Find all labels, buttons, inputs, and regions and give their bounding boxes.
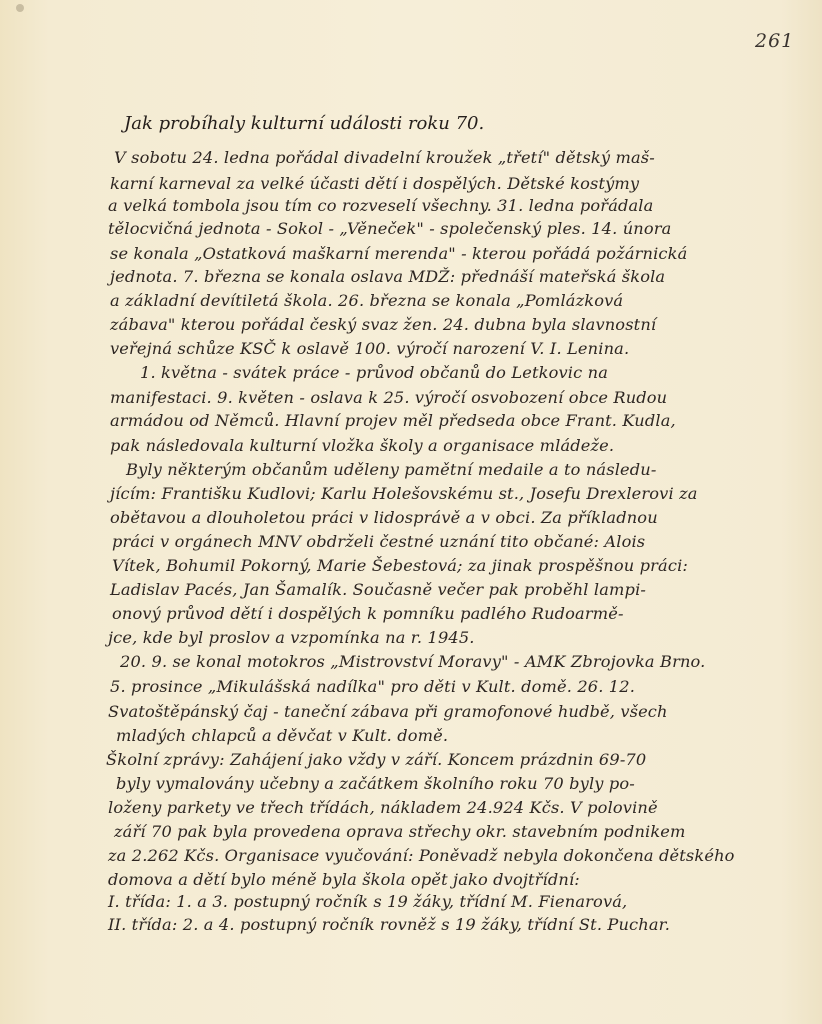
text-line: jednota. 7. března se konala oslava MDŽ:… bbox=[110, 267, 665, 286]
text-line: Školní zprávy: Zahájení jako vždy v září… bbox=[106, 750, 646, 769]
manuscript-page: 261 Jak probíhaly kulturní události roku… bbox=[0, 0, 822, 1024]
text-line: 20. 9. se konal motokros „Mistrovství Mo… bbox=[120, 652, 705, 671]
text-line: Svatoštěpánský čaj - taneční zábava při … bbox=[108, 702, 668, 721]
text-line: jícím: Františku Kudlovi; Karlu Holešovs… bbox=[110, 484, 698, 503]
text-line: V sobotu 24. ledna pořádal divadelní kro… bbox=[114, 148, 655, 167]
text-line: I. třída: 1. a 3. postupný ročník s 19 ž… bbox=[108, 892, 627, 911]
text-line: obětavou a dlouholetou práci v lidospráv… bbox=[110, 508, 658, 527]
text-line: karní karneval za velké účasti dětí i do… bbox=[110, 174, 639, 193]
text-line: manifestaci. 9. květen - oslava k 25. vý… bbox=[110, 388, 667, 407]
text-line: 5. prosince „Mikulášská nadílka" pro dět… bbox=[110, 677, 635, 696]
text-line: jce, kde byl proslov a vzpomínka na r. 1… bbox=[108, 628, 475, 647]
text-line: práci v orgánech MNV obdrželi čestné uzn… bbox=[112, 532, 645, 551]
text-line: Ladislav Pacés, Jan Šamalík. Současně ve… bbox=[110, 580, 646, 599]
text-line: Vítek, Bohumil Pokorný, Marie Šebestová;… bbox=[112, 556, 688, 575]
text-line: Byly některým občanům uděleny pamětní me… bbox=[126, 460, 656, 479]
text-line: se konala „Ostatková maškarní merenda" -… bbox=[110, 244, 687, 263]
text-line: zábava" kterou pořádal český svaz žen. 2… bbox=[110, 315, 656, 334]
text-line: a velká tombola jsou tím co rozveselí vš… bbox=[108, 196, 653, 215]
text-line: loženy parkety ve třech třídách, náklade… bbox=[108, 798, 658, 817]
text-line: tělocvičná jednota - Sokol - „Věneček" -… bbox=[108, 219, 671, 238]
text-line: mladých chlapců a děvčat v Kult. domě. bbox=[116, 726, 448, 745]
text-line: září 70 pak byla provedena oprava střech… bbox=[114, 822, 686, 841]
text-line: za 2.262 Kčs. Organisace vyučování: Poně… bbox=[108, 846, 735, 865]
text-line: onový průvod dětí i dospělých k pomníku … bbox=[112, 604, 624, 623]
text-line: 1. května - svátek práce - průvod občanů… bbox=[140, 363, 608, 382]
text-line: II. třída: 2. a 4. postupný ročník rovně… bbox=[108, 915, 670, 934]
text-line: byly vymalovány učebny a začátkem školní… bbox=[116, 774, 635, 793]
text-line: armádou od Němců. Hlavní projev měl před… bbox=[110, 411, 676, 430]
text-line: veřejná schůze KSČ k oslavě 100. výročí … bbox=[110, 339, 629, 358]
text-line: pak následovala kulturní vložka školy a … bbox=[110, 436, 614, 455]
text-line: a základní devítiletá škola. 26. března … bbox=[110, 291, 623, 310]
handwritten-text-body: V sobotu 24. ledna pořádal divadelní kro… bbox=[0, 0, 822, 1024]
text-line: domova a dětí bylo méně byla škola opět … bbox=[108, 870, 580, 889]
